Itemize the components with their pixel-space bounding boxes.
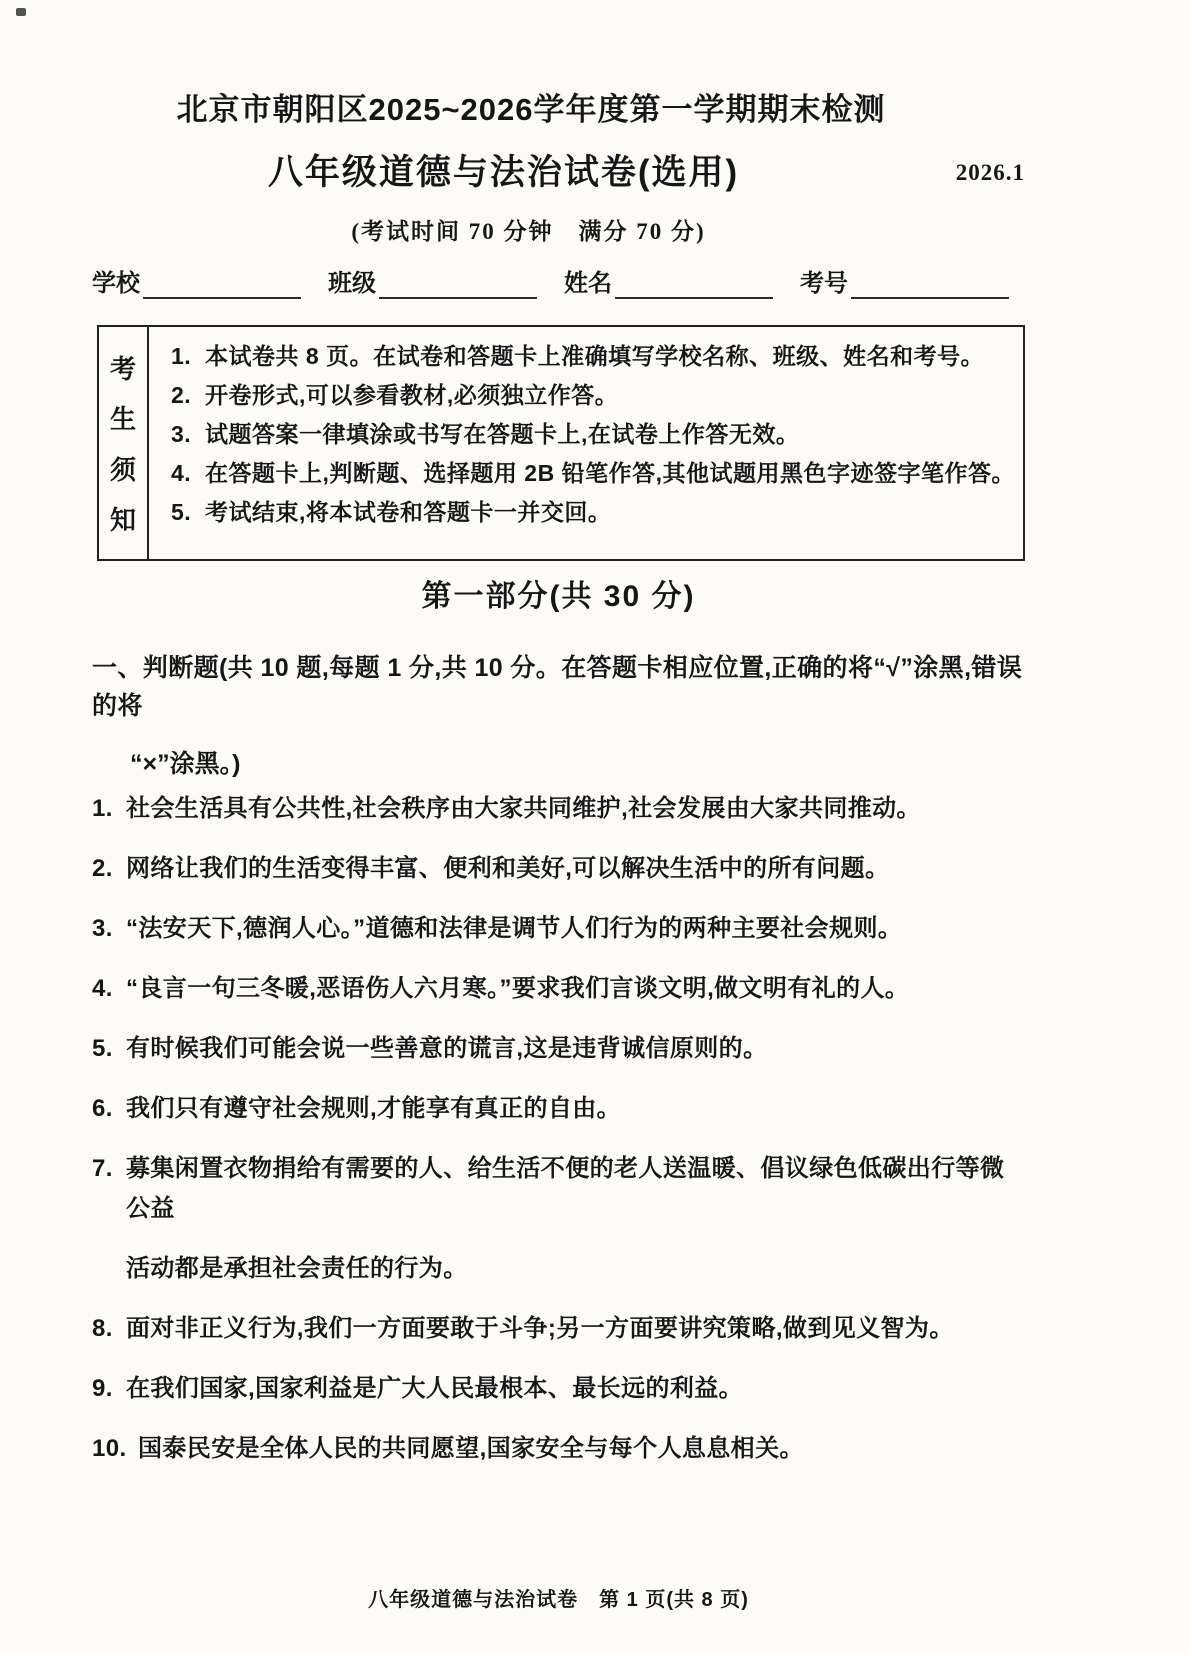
question-number: 8. [92, 1309, 126, 1349]
field-exam-no: 考号 [800, 269, 1009, 299]
scan-artifact [16, 8, 26, 16]
examinee-notice-box: 考 生 须 知 1. 本试卷共 8 页。在试卷和答题卡上准确填写学校名称、班级、… [97, 325, 1025, 561]
question-number: 3. [92, 909, 126, 949]
notice-item-text: 在答题卡上,判断题、选择题用 2B 铅笔作答,其他试题用黑色字迹签字笔作答。 [205, 454, 1015, 493]
question-list: 1. 社会生活具有公共性,社会秩序由大家共同维护,社会发展由大家共同推动。 2.… [92, 789, 1025, 1469]
name-label: 姓名 [564, 269, 612, 299]
question-text: 在我们国家,国家利益是广大人民最根本、最长远的利益。 [126, 1369, 1025, 1409]
notice-item-text: 开卷形式,可以参看教材,必须独立作答。 [205, 376, 618, 415]
question-text: 募集闲置衣物捐给有需要的人、给生活不便的老人送温暖、倡议绿色低碳出行等微公益活动… [126, 1149, 1025, 1289]
notice-item-number: 1. [171, 337, 205, 376]
class-label: 班级 [328, 269, 376, 299]
notice-side-char: 考 [110, 349, 136, 386]
question-number: 1. [92, 789, 126, 829]
question-number: 9. [92, 1369, 126, 1409]
question-6: 6. 我们只有遵守社会规则,才能享有真正的自由。 [92, 1089, 1025, 1129]
question-text: 社会生活具有公共性,社会秩序由大家共同维护,社会发展由大家共同推动。 [126, 789, 1025, 829]
question-5: 5. 有时候我们可能会说一些善意的谎言,这是违背诚信原则的。 [92, 1029, 1025, 1069]
question-3: 3. “法安天下,德润人心。”道德和法律是调节人们行为的两种主要社会规则。 [92, 909, 1025, 949]
notice-item-3: 3. 试题答案一律填涂或书写在答题卡上,在试卷上作答无效。 [171, 415, 1015, 454]
school-blank-line [143, 271, 301, 299]
field-name: 姓名 [564, 269, 773, 299]
notice-item-list: 1. 本试卷共 8 页。在试卷和答题卡上准确填写学校名称、班级、姓名和考号。 2… [149, 327, 1023, 559]
field-class: 班级 [328, 269, 537, 299]
notice-item-1: 1. 本试卷共 8 页。在试卷和答题卡上准确填写学校名称、班级、姓名和考号。 [171, 337, 1015, 376]
question-7: 7. 募集闲置衣物捐给有需要的人、给生活不便的老人送温暖、倡议绿色低碳出行等微公… [92, 1149, 1025, 1289]
notice-item-number: 5. [171, 493, 205, 532]
notice-item-number: 4. [171, 454, 205, 493]
judgment-section-instruction-line2: “×”涂黑。) [130, 745, 1025, 783]
exam-no-label: 考号 [800, 269, 848, 299]
question-number: 5. [92, 1029, 126, 1069]
question-number: 4. [92, 969, 126, 1009]
question-text: “良言一句三冬暖,恶语伤人六月寒。”要求我们言谈文明,做文明有礼的人。 [126, 969, 1025, 1009]
exam-title-line1: 北京市朝阳区2025~2026学年度第一学期期末检测 [92, 0, 1025, 130]
notice-item-text: 试题答案一律填涂或书写在答题卡上,在试卷上作答无效。 [205, 415, 799, 454]
name-blank-line [615, 271, 773, 299]
question-text: “法安天下,德润人心。”道德和法律是调节人们行为的两种主要社会规则。 [126, 909, 1025, 949]
part-one-title: 第一部分(共 30 分) [92, 577, 1025, 617]
class-blank-line [379, 271, 537, 299]
question-text: 面对非正义行为,我们一方面要敢于斗争;另一方面要讲究策略,做到见义智为。 [126, 1309, 1025, 1349]
notice-side-label: 考 生 须 知 [99, 327, 149, 559]
notice-item-text: 本试卷共 8 页。在试卷和答题卡上准确填写学校名称、班级、姓名和考号。 [205, 337, 984, 376]
notice-item-number: 2. [171, 376, 205, 415]
notice-side-char: 知 [110, 500, 136, 537]
student-info-fields: 学校 班级 姓名 考号 [92, 263, 1025, 299]
question-text: 有时候我们可能会说一些善意的谎言,这是违背诚信原则的。 [126, 1029, 1025, 1069]
question-2: 2. 网络让我们的生活变得丰富、便利和美好,可以解决生活中的所有问题。 [92, 849, 1025, 889]
question-8: 8. 面对非正义行为,我们一方面要敢于斗争;另一方面要讲究策略,做到见义智为。 [92, 1309, 1025, 1349]
exam-time-score-info: (考试时间 70 分钟 满分 70 分) [92, 216, 1025, 248]
notice-item-2: 2. 开卷形式,可以参看教材,必须独立作答。 [171, 376, 1015, 415]
question-4: 4. “良言一句三冬暖,恶语伤人六月寒。”要求我们言谈文明,做文明有礼的人。 [92, 969, 1025, 1009]
exam-date: 2026.1 [956, 160, 1025, 186]
question-number: 6. [92, 1089, 126, 1129]
question-text-line1: 募集闲置衣物捐给有需要的人、给生活不便的老人送温暖、倡议绿色低碳出行等微公益 [126, 1155, 1004, 1222]
question-text: 国泰民安是全体人民的共同愿望,国家安全与每个人息息相关。 [138, 1429, 1025, 1469]
notice-item-text: 考试结束,将本试卷和答题卡一并交回。 [205, 493, 611, 532]
school-label: 学校 [92, 269, 140, 299]
question-9: 9. 在我们国家,国家利益是广大人民最根本、最长远的利益。 [92, 1369, 1025, 1409]
question-1: 1. 社会生活具有公共性,社会秩序由大家共同维护,社会发展由大家共同推动。 [92, 789, 1025, 829]
field-school: 学校 [92, 269, 301, 299]
notice-item-number: 3. [171, 415, 205, 454]
notice-item-4: 4. 在答题卡上,判断题、选择题用 2B 铅笔作答,其他试题用黑色字迹签字笔作答… [171, 454, 1015, 493]
judgment-section-instruction-line1: 一、判断题(共 10 题,每题 1 分,共 10 分。在答题卡相应位置,正确的将… [92, 649, 1025, 725]
question-number: 7. [92, 1149, 126, 1289]
notice-side-char: 须 [110, 450, 136, 487]
exam-no-blank-line [851, 271, 1009, 299]
page-footer: 八年级道德与法治试卷 第 1 页(共 8 页) [92, 1583, 1095, 1612]
exam-title-line2: 八年级道德与法治试卷(选用) [92, 148, 1025, 198]
exam-title-row: 八年级道德与法治试卷(选用) 2026.1 [92, 148, 1025, 198]
question-text: 我们只有遵守社会规则,才能享有真正的自由。 [126, 1089, 1025, 1129]
question-10: 10. 国泰民安是全体人民的共同愿望,国家安全与每个人息息相关。 [92, 1429, 1025, 1469]
page-content: 北京市朝阳区2025~2026学年度第一学期期末检测 八年级道德与法治试卷(选用… [92, 0, 1025, 1469]
notice-side-char: 生 [110, 399, 136, 436]
notice-item-5: 5. 考试结束,将本试卷和答题卡一并交回。 [171, 493, 1015, 532]
question-number: 2. [92, 849, 126, 889]
question-text-line2: 活动都是承担社会责任的行为。 [126, 1249, 1025, 1289]
exam-paper-page: 北京市朝阳区2025~2026学年度第一学期期末检测 八年级道德与法治试卷(选用… [0, 0, 1190, 1654]
question-number: 10. [92, 1429, 138, 1469]
question-text: 网络让我们的生活变得丰富、便利和美好,可以解决生活中的所有问题。 [126, 849, 1025, 889]
